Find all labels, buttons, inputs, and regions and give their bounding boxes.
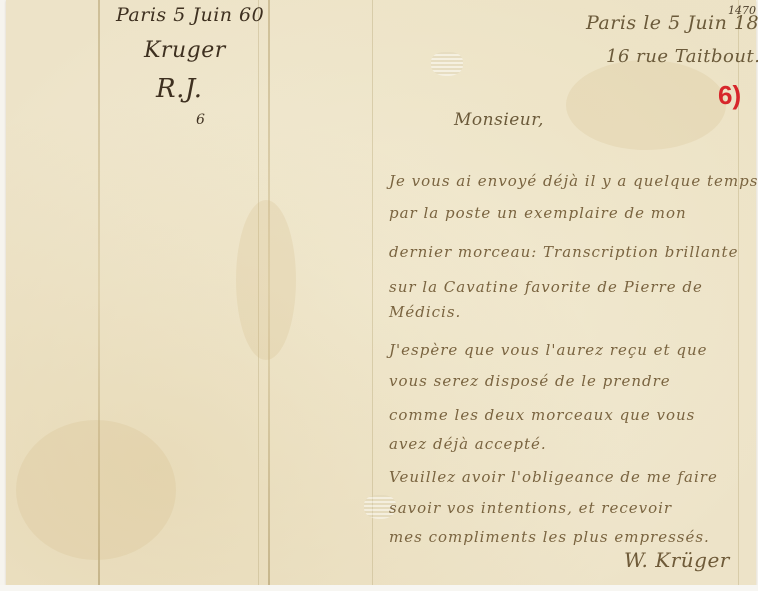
embossed-stamp-top <box>431 52 463 76</box>
paper-sheet: Paris 5 Juin 60 Kruger R.J. 6 1470 Paris… <box>6 0 756 585</box>
letter-line: sur la Cavatine favorite de Pierre de <box>389 278 703 296</box>
letter-line: Je vous ai envoyé déjà il y a quelque te… <box>389 172 758 190</box>
salutation: Monsieur, <box>454 110 544 130</box>
age-stain <box>566 60 726 150</box>
sender-address: 16 rue Taitbout. <box>606 46 758 67</box>
docket-place-date: Paris 5 Juin 60 <box>116 4 264 26</box>
scanned-letter: Paris 5 Juin 60 Kruger R.J. 6 1470 Paris… <box>0 0 758 591</box>
docket-number: 6 <box>196 112 205 128</box>
letter-line: dernier morceau: Transcription brillante <box>389 243 738 261</box>
docket-initials: R.J. <box>156 74 203 104</box>
scan-margin <box>0 585 758 591</box>
letter-line: vous serez disposé de le prendre <box>389 372 671 390</box>
letter-line: par la poste un exemplaire de mon <box>389 204 687 222</box>
letter-line: Médicis. <box>389 303 461 321</box>
signature: W. Krüger <box>624 548 730 572</box>
docket-name: Kruger <box>144 38 226 63</box>
letter-line: J'espère que vous l'aurez reçu et que <box>389 341 707 359</box>
dateline: Paris le 5 Juin 1860 <box>586 12 758 34</box>
red-annotation-mark: 6) <box>718 80 741 111</box>
letter-line: avez déjà accepté. <box>389 435 547 453</box>
letter-line: Veuillez avoir l'obligeance de me faire <box>389 468 718 486</box>
letter-line: mes compliments les plus empressés. <box>389 528 710 546</box>
letter-line: comme les deux morceaux que vous <box>389 406 695 424</box>
age-stain <box>236 200 296 360</box>
age-stain <box>16 420 176 560</box>
letter-line: savoir vos intentions, et recevoir <box>389 499 672 517</box>
